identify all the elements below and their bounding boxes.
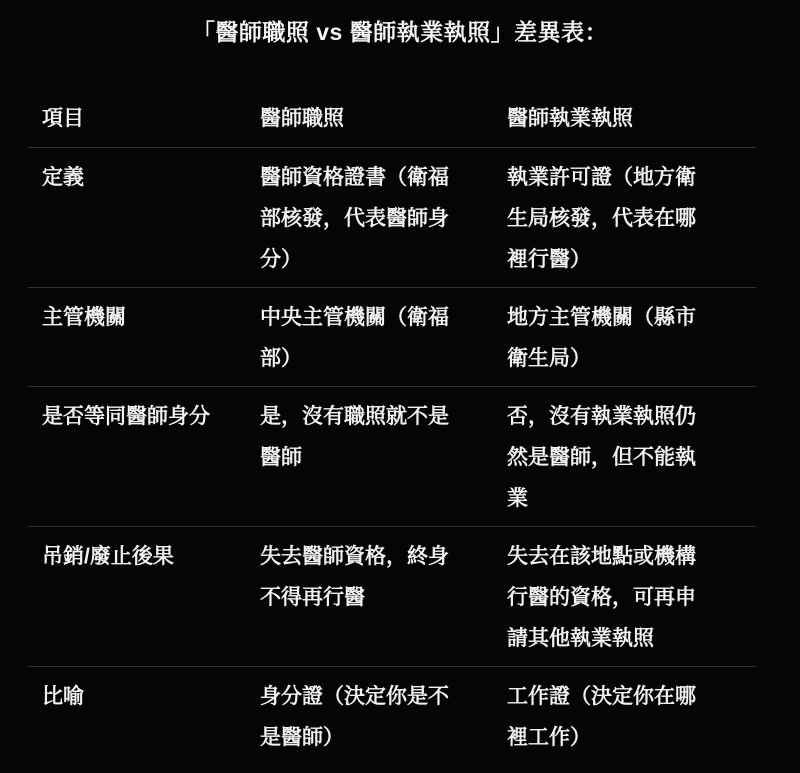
cell-item: 比喻 [28, 667, 260, 766]
cell-practice: 工作證（決定你在哪裡工作） [507, 667, 756, 766]
table-row: 比喻 身分證（決定你是不是醫師） 工作證（決定你在哪裡工作） [28, 667, 756, 766]
table-row: 是否等同醫師身分 是，沒有職照就不是醫師 否，沒有執業執照仍然是醫師，但不能執業 [28, 387, 756, 527]
cell-practice: 執業許可證（地方衛生局核發，代表在哪裡行醫） [507, 148, 756, 288]
column-header-practice: 醫師執業執照 [507, 98, 756, 148]
cell-item: 定義 [28, 148, 260, 288]
header-row: 項目 醫師職照 醫師執業執照 [28, 98, 756, 148]
cell-license: 身分證（決定你是不是醫師） [260, 667, 507, 766]
cell-item: 主管機關 [28, 288, 260, 387]
table-row: 主管機關 中央主管機關（衛福部） 地方主管機關（縣市衛生局） [28, 288, 756, 387]
comparison-table: 項目 醫師職照 醫師執業執照 定義 醫師資格證書（衛福部核發，代表醫師身分） 執… [28, 98, 756, 765]
table-row: 定義 醫師資格證書（衛福部核發，代表醫師身分） 執業許可證（地方衛生局核發，代表… [28, 148, 756, 288]
cell-item: 吊銷/廢止後果 [28, 527, 260, 667]
column-header-license: 醫師職照 [260, 98, 507, 148]
cell-practice: 地方主管機關（縣市衛生局） [507, 288, 756, 387]
cell-practice: 失去在該地點或機構行醫的資格，可再申請其他執業執照 [507, 527, 756, 667]
cell-practice: 否，沒有執業執照仍然是醫師，但不能執業 [507, 387, 756, 527]
page-title: 「醫師職照 vs 醫師執業執照」差異表： [0, 0, 800, 47]
cell-license: 失去醫師資格，終身不得再行醫 [260, 527, 507, 667]
cell-license: 中央主管機關（衛福部） [260, 288, 507, 387]
cell-license: 是，沒有職照就不是醫師 [260, 387, 507, 527]
column-header-item: 項目 [28, 98, 260, 148]
comparison-table-container: 項目 醫師職照 醫師執業執照 定義 醫師資格證書（衛福部核發，代表醫師身分） 執… [28, 98, 756, 765]
cell-license: 醫師資格證書（衛福部核發，代表醫師身分） [260, 148, 507, 288]
table-row: 吊銷/廢止後果 失去醫師資格，終身不得再行醫 失去在該地點或機構行醫的資格，可再… [28, 527, 756, 667]
cell-item: 是否等同醫師身分 [28, 387, 260, 527]
